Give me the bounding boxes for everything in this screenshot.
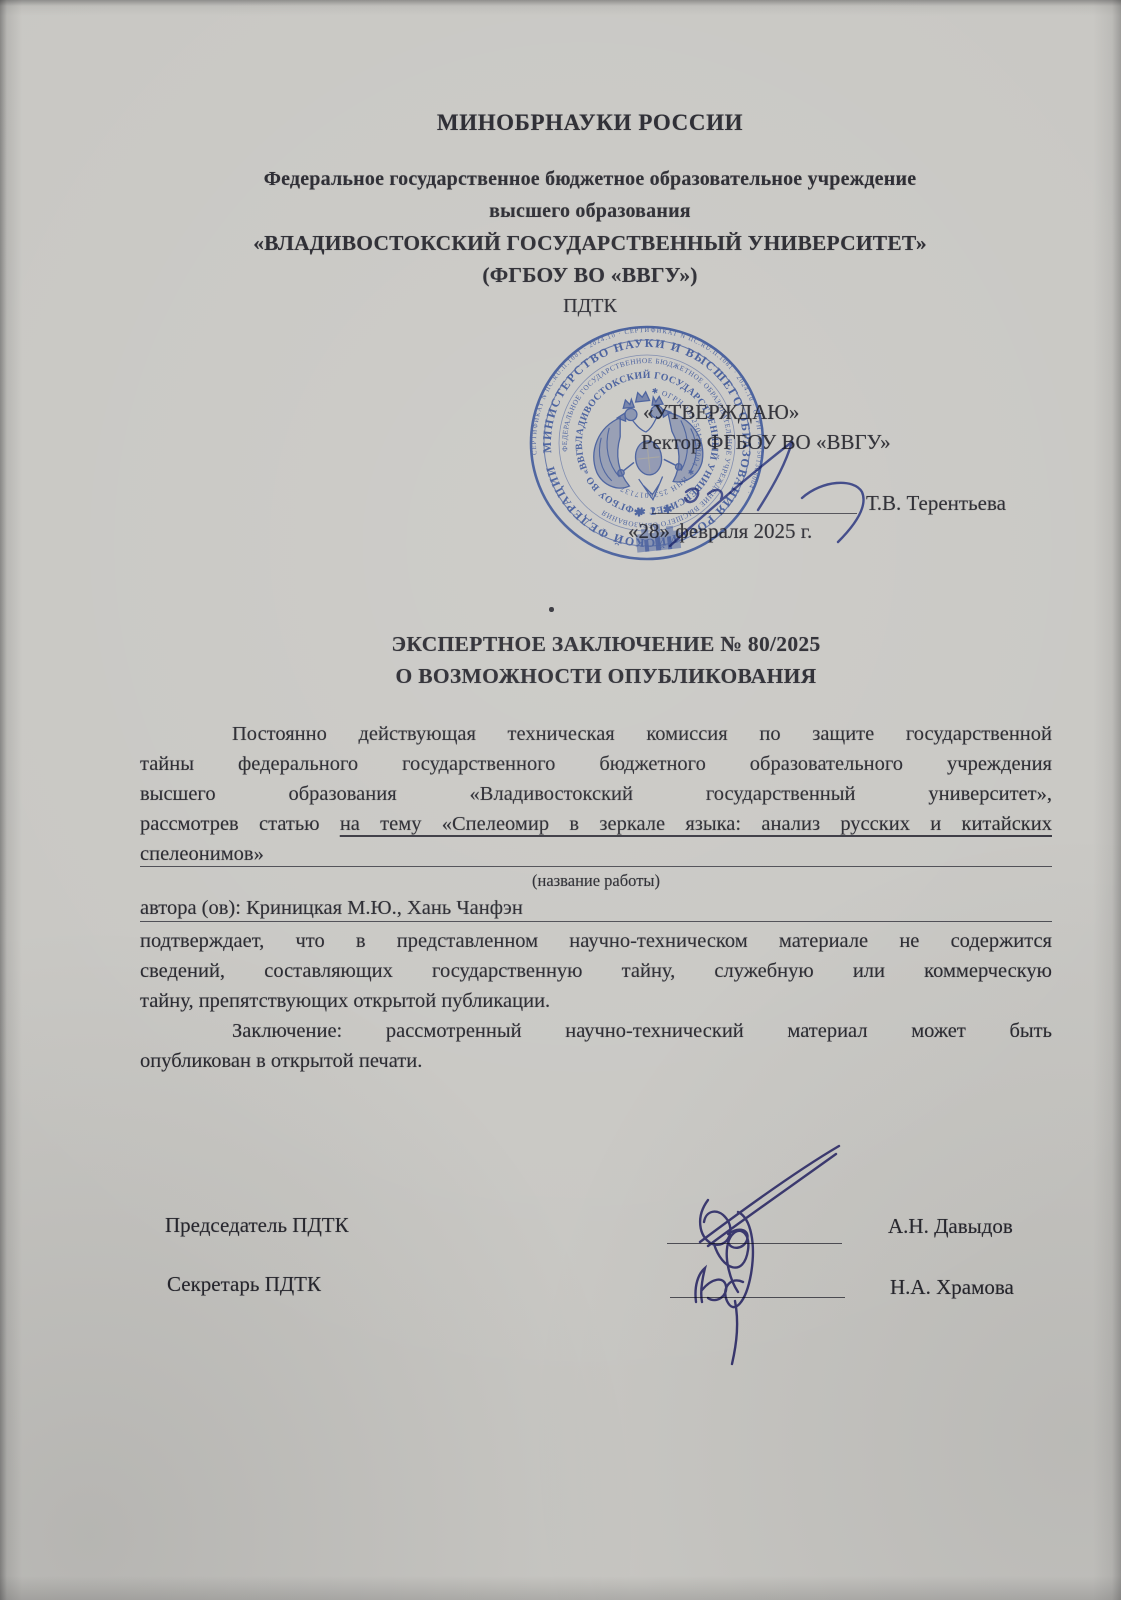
secretary-name: Н.А. Храмова (890, 1275, 1014, 1301)
document-title-line1: ЭКСПЕРТНОЕ ЗАКЛЮЧЕНИЕ № 80/2025 (150, 632, 1062, 657)
para1-line2: тайны федерального государственного бюдж… (140, 752, 1052, 777)
para1-line4: рассмотрев статью на тему «Спелеомир в з… (140, 812, 1052, 837)
org-abbrev-line: (ФГБОУ ВО «ВВГУ») (134, 263, 1046, 288)
para1-line1: Постоянно действующая техническая комисс… (140, 722, 1052, 747)
secretary-label: Секретарь ПДТК (167, 1272, 321, 1298)
para1-line4-plain: рассмотрев статью (140, 813, 340, 835)
para3-line1: Заключение: рассмотренный научно-техниче… (140, 1019, 1052, 1044)
para3-line2: опубликован в открытой печати. (140, 1049, 422, 1074)
rector-signature-ink (640, 428, 890, 553)
authors-line: автора (ов): Криницкая М.Ю., Хань Чанфэн (140, 896, 523, 921)
pdtk-label: ПДТК (134, 295, 1046, 318)
para2-line3: тайну, препятствующих открытой публикаци… (140, 989, 550, 1014)
authors-rule (140, 921, 1052, 922)
chairman-name: А.Н. Давыдов (888, 1214, 1013, 1240)
work-title-caption: (название работы) (140, 871, 1052, 891)
committee-signatures-ink (648, 1138, 878, 1378)
org-name-line2: высшего образования (134, 200, 1046, 223)
work-title-rule (140, 866, 1052, 867)
org-name-line3: «ВЛАДИВОСТОКСКИЙ ГОСУДАРСТВЕННЫЙ УНИВЕРС… (134, 231, 1046, 256)
document-title-line2: О ВОЗМОЖНОСТИ ОПУБЛИКОВАНИЯ (150, 664, 1062, 689)
ministry-heading: МИНОБРНАУКИ РОССИИ (134, 110, 1046, 136)
para1-line5: спелеонимов» (140, 842, 264, 867)
scanned-document-page: МИНОБРНАУКИ РОССИИ Федеральное государст… (0, 0, 1121, 1600)
org-name-line1: Федеральное государственное бюджетное об… (134, 168, 1046, 191)
para1-line3: высшего образования «Владивостокский гос… (140, 782, 1052, 807)
para2-line2: сведений, составляющих государственную т… (140, 959, 1052, 984)
stray-dot-mark (549, 607, 554, 612)
work-title-underlined: на тему «Спелеомир в зеркале языка: анал… (340, 813, 1052, 835)
chairman-label: Председатель ПДТК (165, 1213, 349, 1239)
para2-line1: подтверждает, что в представленном научн… (140, 929, 1052, 954)
